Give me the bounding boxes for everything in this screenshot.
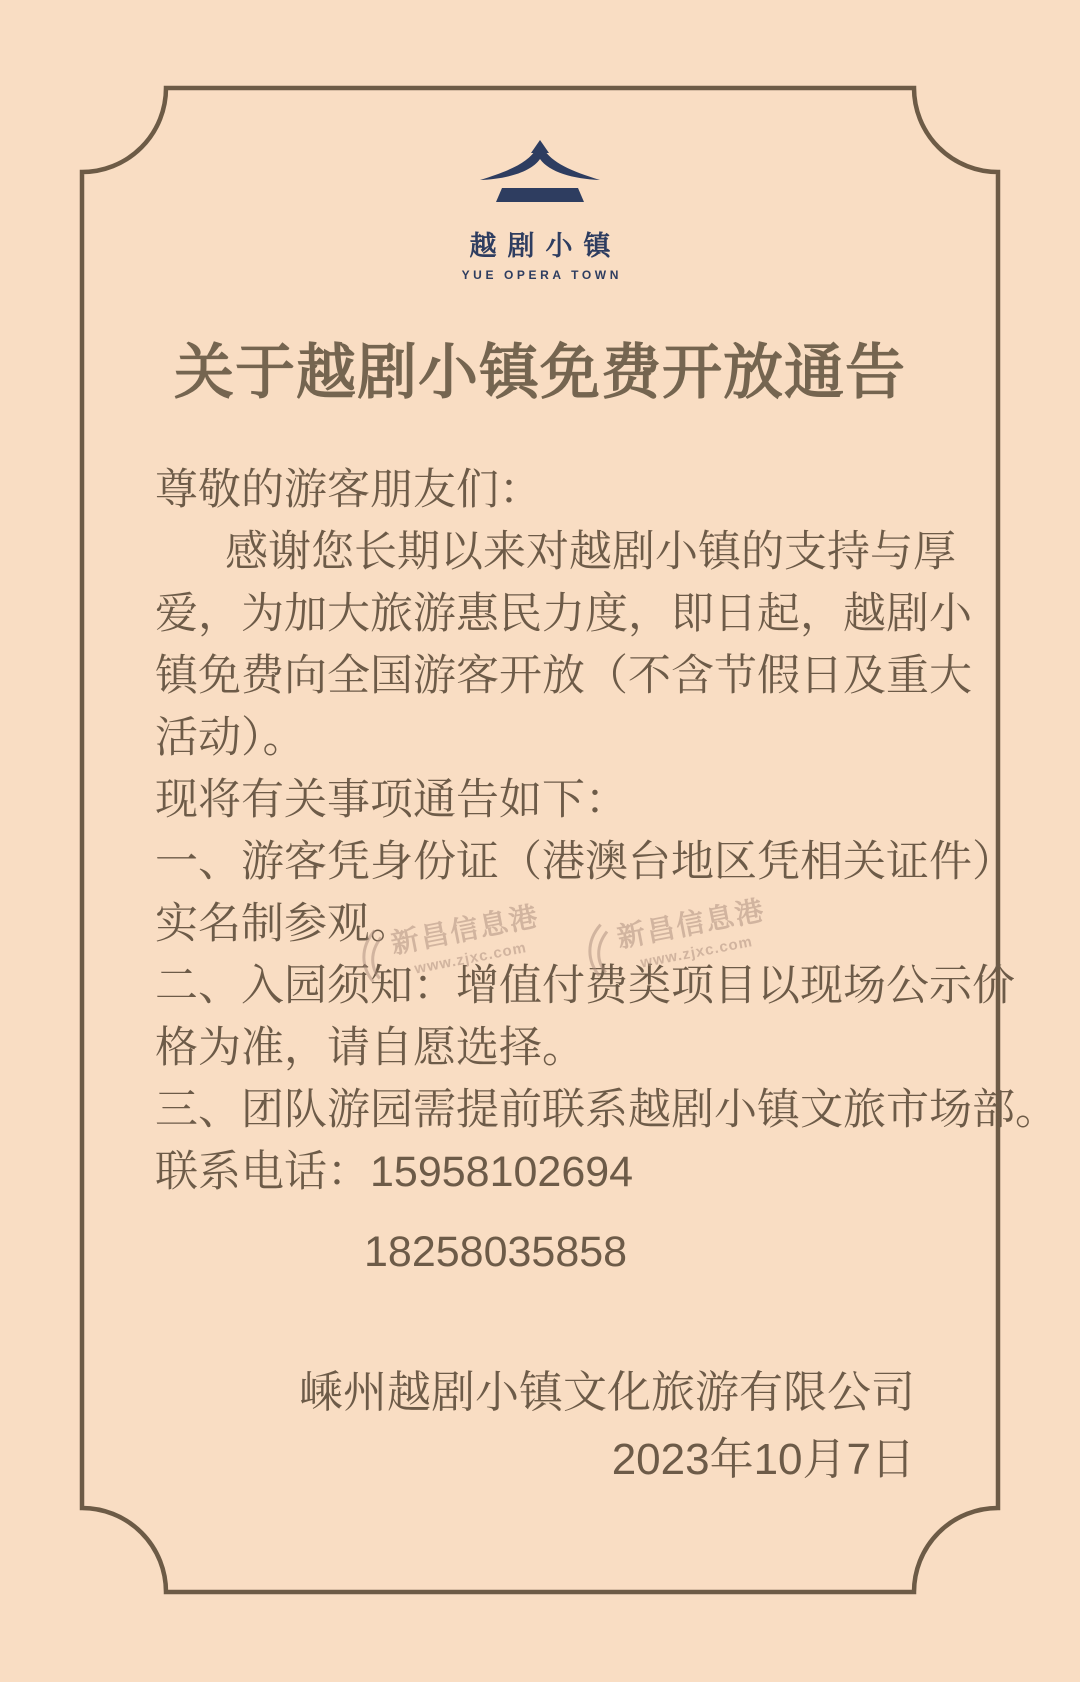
body-line: 爱，为加大旅游惠民力度，即日起，越剧小	[155, 583, 915, 645]
notice-body: 尊敬的游客朋友们： 感谢您长期以来对越剧小镇的支持与厚 爱，为加大旅游惠民力度，…	[155, 459, 915, 1283]
body-line: 现将有关事项通告如下：	[155, 769, 915, 831]
body-line: 尊敬的游客朋友们：	[155, 459, 915, 521]
logo: 越剧小镇 YUE OPERA TOWN	[0, 140, 1080, 282]
body-line: 一、游客凭身份证（港澳台地区凭相关证件）	[155, 831, 915, 893]
signature-company: 嵊州越剧小镇文化旅游有限公司	[155, 1362, 915, 1424]
body-line: 格为准，请自愿选择。	[155, 1017, 915, 1079]
chinese-roof-icon	[477, 140, 603, 204]
body-line: 三、团队游园需提前联系越剧小镇文旅市场部。	[155, 1079, 915, 1141]
notice-title: 关于越剧小镇免费开放通告	[0, 338, 1080, 408]
signature-date: 2023年10月7日	[155, 1429, 915, 1491]
contact-phone-line-2: 18258035858	[155, 1221, 915, 1283]
body-line: 二、入园须知：增值付费类项目以现场公示价	[155, 955, 915, 1017]
signature-block: 嵊州越剧小镇文化旅游有限公司 2023年10月7日	[155, 1362, 915, 1491]
contact-phone-line: 联系电话：15958102694	[155, 1141, 915, 1203]
body-line: 镇免费向全国游客开放（不含节假日及重大	[155, 645, 915, 707]
body-line: 活动）。	[155, 707, 915, 769]
body-line: 实名制参观。	[155, 893, 915, 955]
logo-name-en: YUE OPERA TOWN	[458, 268, 622, 282]
body-line: 感谢您长期以来对越剧小镇的支持与厚	[155, 521, 915, 583]
notice-poster: 越剧小镇 YUE OPERA TOWN 关于越剧小镇免费开放通告 尊敬的游客朋友…	[0, 0, 1080, 1682]
logo-name-cn: 越剧小镇	[459, 224, 622, 263]
